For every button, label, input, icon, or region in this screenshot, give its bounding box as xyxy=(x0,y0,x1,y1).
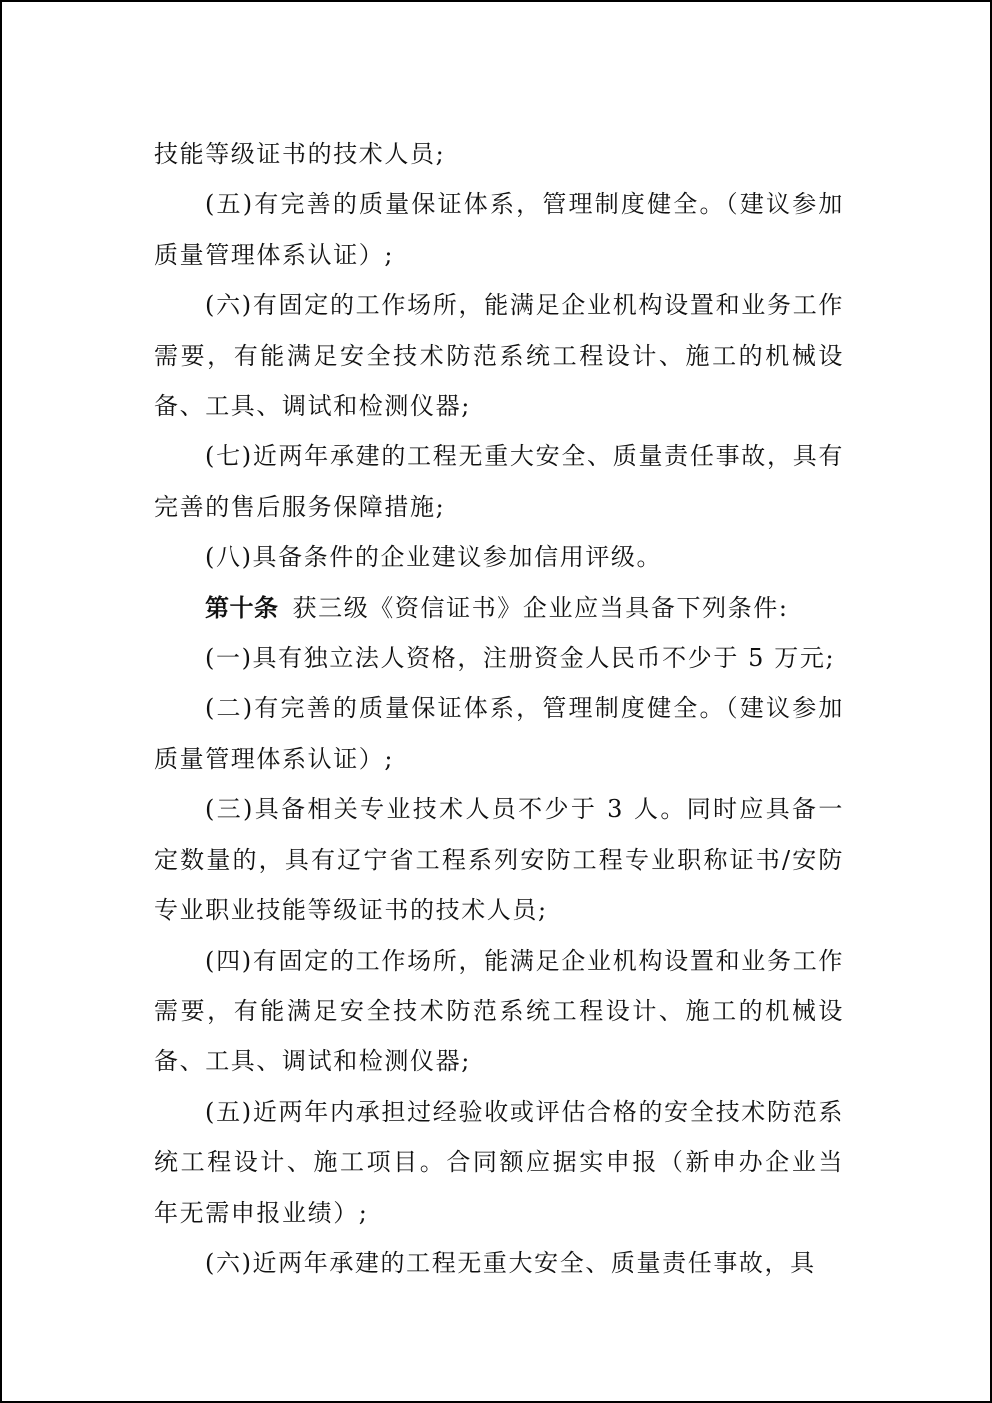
article-item-4: (四)有固定的工作场所，能满足企业机构设置和业务工作需要，有能满足安全技术防范系… xyxy=(154,936,844,1087)
article-item-5: (五)近两年内承担过经验收或评估合格的安全技术防范系统工程设计、施工项目。合同额… xyxy=(154,1087,844,1238)
document-page: 技能等级证书的技术人员; (五)有完善的质量保证体系，管理制度健全。（建议参加质… xyxy=(0,0,992,1403)
article-item-2: (二)有完善的质量保证体系，管理制度健全。（建议参加质量管理体系认证）; xyxy=(154,683,844,784)
paragraph-item-7: (七)近两年承建的工程无重大安全、质量责任事故，具有完善的售后服务保障措施; xyxy=(154,431,844,532)
article-heading: 第十条获三级《资信证书》企业应当具备下列条件: xyxy=(154,583,844,633)
paragraph-continuation: 技能等级证书的技术人员; xyxy=(154,129,844,179)
article-item-3: (三)具备相关专业技术人员不少于 3 人。同时应具备一定数量的，具有辽宁省工程系… xyxy=(154,784,844,935)
paragraph-item-6: (六)有固定的工作场所，能满足企业机构设置和业务工作需要，有能满足安全技术防范系… xyxy=(154,280,844,431)
paragraph-item-8: (八)具备条件的企业建议参加信用评级。 xyxy=(154,532,844,582)
article-item-6: (六)近两年承建的工程无重大安全、质量责任事故，具 xyxy=(154,1238,844,1288)
document-body: 技能等级证书的技术人员; (五)有完善的质量保证体系，管理制度健全。（建议参加质… xyxy=(154,129,844,1288)
article-number: 第十条 xyxy=(205,594,279,622)
article-item-1: (一)具有独立法人资格，注册资金人民币不少于 5 万元; xyxy=(154,633,844,683)
article-text: 获三级《资信证书》企业应当具备下列条件: xyxy=(293,594,789,622)
paragraph-item-5: (五)有完善的质量保证体系，管理制度健全。（建议参加质量管理体系认证）; xyxy=(154,179,844,280)
